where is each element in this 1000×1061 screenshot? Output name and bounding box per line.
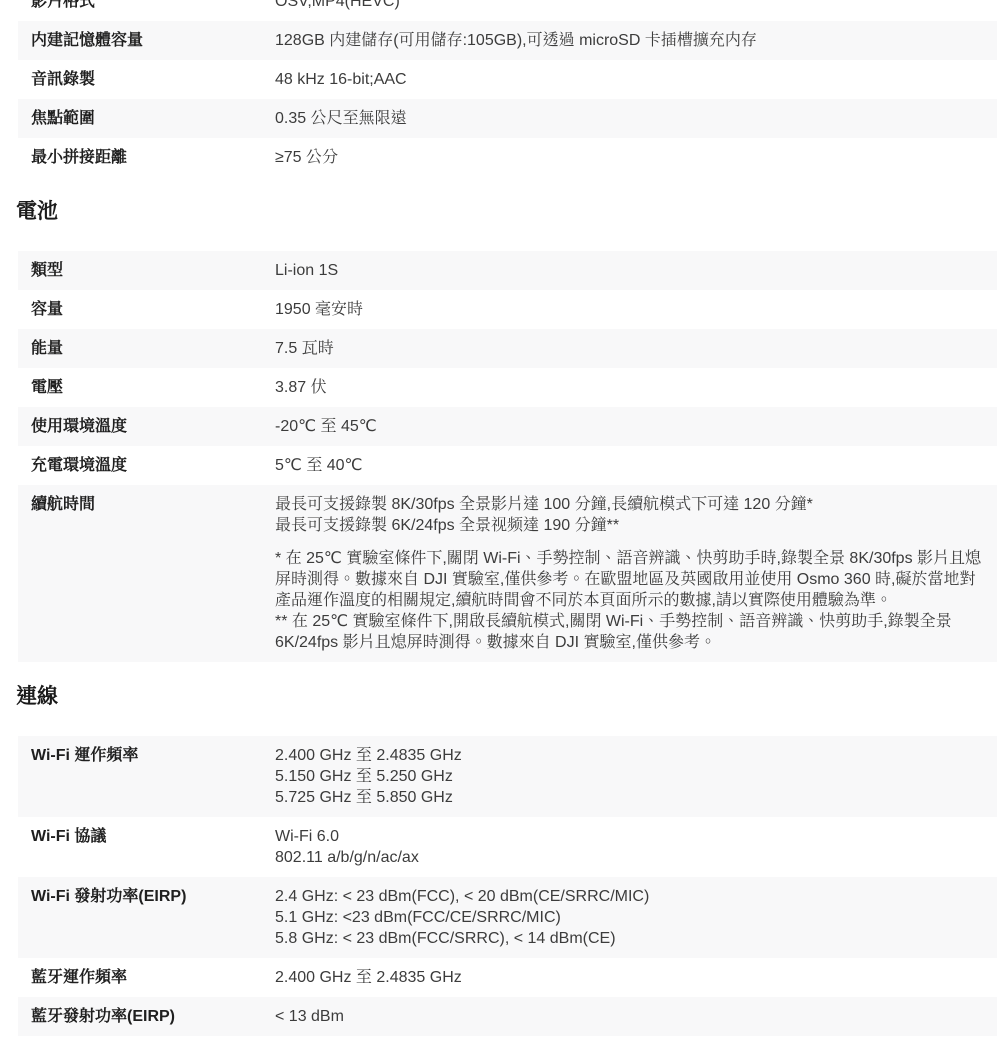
spec-row: 藍牙發射功率(EIRP)< 13 dBm: [18, 997, 997, 1036]
spec-page: 影片格式OSV,MP4(HEVC)内建記憶體容量128GB 内建儲存(可用儲存:…: [0, 0, 1000, 1036]
row-value: 0.35 公尺至無限遠: [275, 108, 989, 129]
value-line: 5.1 GHz: <23 dBm(FCC/CE/SRRC/MIC): [275, 907, 989, 928]
value-line: -20℃ 至 45℃: [275, 416, 989, 437]
spec-row: 音訊錄製48 kHz 16-bit;AAC: [18, 60, 997, 99]
row-label: 焦點範圍: [31, 108, 275, 129]
row-value: 2.4 GHz: < 23 dBm(FCC), < 20 dBm(CE/SRRC…: [275, 886, 989, 949]
spec-row: 最小拼接距離≥75 公分: [18, 138, 997, 177]
row-label: 音訊錄製: [31, 69, 275, 90]
value-line: 2.400 GHz 至 2.4835 GHz: [275, 745, 989, 766]
value-line: Wi-Fi 6.0: [275, 826, 989, 847]
spec-row: 使用環境溫度-20℃ 至 45℃: [18, 407, 997, 446]
row-label: Wi-Fi 發射功率(EIRP): [31, 886, 275, 907]
row-value: ≥75 公分: [275, 147, 989, 168]
row-label: 充電環境溫度: [31, 455, 275, 476]
value-line: 2.400 GHz 至 2.4835 GHz: [275, 967, 989, 988]
row-label: 使用環境溫度: [31, 416, 275, 437]
note-paragraph: * 在 25℃ 實驗室條件下,關閉 Wi-Fi、手勢控制、語音辨識、快剪助手時,…: [275, 548, 989, 611]
spec-row: 藍牙運作頻率2.400 GHz 至 2.4835 GHz: [18, 958, 997, 997]
row-label: 續航時間: [31, 494, 275, 515]
spec-row: 焦點範圍0.35 公尺至無限遠: [18, 99, 997, 138]
row-value: OSV,MP4(HEVC): [275, 0, 989, 12]
row-label: Wi-Fi 運作頻率: [31, 745, 275, 766]
value-line: 128GB 内建儲存(可用儲存:105GB),可透過 microSD 卡插槽擴充…: [275, 30, 989, 51]
value-line: OSV,MP4(HEVC): [275, 0, 989, 12]
value-line: < 13 dBm: [275, 1006, 989, 1027]
row-value: 5℃ 至 40℃: [275, 455, 989, 476]
spec-row: 容量1950 毫安時: [18, 290, 997, 329]
spec-row: 類型Li-ion 1S: [18, 251, 997, 290]
value-line: 0.35 公尺至無限遠: [275, 108, 989, 129]
value-line: 1950 毫安時: [275, 299, 989, 320]
row-label: 容量: [31, 299, 275, 320]
spec-row: 續航時間最長可支援錄製 8K/30fps 全景影片達 100 分鐘,長續航模式下…: [18, 485, 997, 662]
row-value: Wi-Fi 6.0802.11 a/b/g/n/ac/ax: [275, 826, 989, 868]
section-title: 連線: [16, 684, 1000, 710]
row-value: 2.400 GHz 至 2.4835 GHz: [275, 967, 989, 988]
row-value: Li-ion 1S: [275, 260, 989, 281]
spec-table: 影片格式OSV,MP4(HEVC)内建記憶體容量128GB 内建儲存(可用儲存:…: [0, 0, 1000, 1036]
row-value: 2.400 GHz 至 2.4835 GHz5.150 GHz 至 5.250 …: [275, 745, 989, 808]
value-line: 3.87 伏: [275, 377, 989, 398]
row-value: 3.87 伏: [275, 377, 989, 398]
spec-row: 充電環境溫度5℃ 至 40℃: [18, 446, 997, 485]
spec-row: 影片格式OSV,MP4(HEVC): [18, 0, 997, 21]
spec-row: Wi-Fi 協議Wi-Fi 6.0802.11 a/b/g/n/ac/ax: [18, 817, 997, 877]
value-line: 802.11 a/b/g/n/ac/ax: [275, 847, 989, 868]
row-value: 48 kHz 16-bit;AAC: [275, 69, 989, 90]
note-paragraph: ** 在 25℃ 實驗室條件下,開啟長續航模式,關閉 Wi-Fi、手勢控制、語音…: [275, 611, 989, 653]
row-label: 最小拼接距離: [31, 147, 275, 168]
row-label: 能量: [31, 338, 275, 359]
section-title: 電池: [16, 199, 1000, 225]
value-line: 5.725 GHz 至 5.850 GHz: [275, 787, 989, 808]
value-line: Li-ion 1S: [275, 260, 989, 281]
row-label: 藍牙發射功率(EIRP): [31, 1006, 275, 1027]
row-label: 類型: [31, 260, 275, 281]
row-value: 最長可支援錄製 8K/30fps 全景影片達 100 分鐘,長續航模式下可達 1…: [275, 494, 989, 653]
row-value: 1950 毫安時: [275, 299, 989, 320]
value-line: 48 kHz 16-bit;AAC: [275, 69, 989, 90]
row-value: 7.5 瓦時: [275, 338, 989, 359]
footnotes: * 在 25℃ 實驗室條件下,關閉 Wi-Fi、手勢控制、語音辨識、快剪助手時,…: [275, 548, 989, 653]
row-value: 128GB 内建儲存(可用儲存:105GB),可透過 microSD 卡插槽擴充…: [275, 30, 989, 51]
value-line: 最長可支援錄製 8K/30fps 全景影片達 100 分鐘,長續航模式下可達 1…: [275, 494, 989, 515]
spec-row: Wi-Fi 發射功率(EIRP)2.4 GHz: < 23 dBm(FCC), …: [18, 877, 997, 958]
row-label: 藍牙運作頻率: [31, 967, 275, 988]
row-label: 電壓: [31, 377, 275, 398]
value-line: 最長可支援錄製 6K/24fps 全景视频達 190 分鐘**: [275, 515, 989, 536]
row-value: -20℃ 至 45℃: [275, 416, 989, 437]
value-line: 5.150 GHz 至 5.250 GHz: [275, 766, 989, 787]
value-line: 2.4 GHz: < 23 dBm(FCC), < 20 dBm(CE/SRRC…: [275, 886, 989, 907]
row-value: < 13 dBm: [275, 1006, 989, 1027]
spec-row: 電壓3.87 伏: [18, 368, 997, 407]
row-label: Wi-Fi 協議: [31, 826, 275, 847]
row-label: 影片格式: [31, 0, 275, 12]
value-line: 7.5 瓦時: [275, 338, 989, 359]
value-line: 5℃ 至 40℃: [275, 455, 989, 476]
value-line: 5.8 GHz: < 23 dBm(FCC/SRRC), < 14 dBm(CE…: [275, 928, 989, 949]
spec-row: 内建記憶體容量128GB 内建儲存(可用儲存:105GB),可透過 microS…: [18, 21, 997, 60]
value-line: ≥75 公分: [275, 147, 989, 168]
spec-row: Wi-Fi 運作頻率2.400 GHz 至 2.4835 GHz5.150 GH…: [18, 736, 997, 817]
spec-row: 能量7.5 瓦時: [18, 329, 997, 368]
row-label: 内建記憶體容量: [31, 30, 275, 51]
